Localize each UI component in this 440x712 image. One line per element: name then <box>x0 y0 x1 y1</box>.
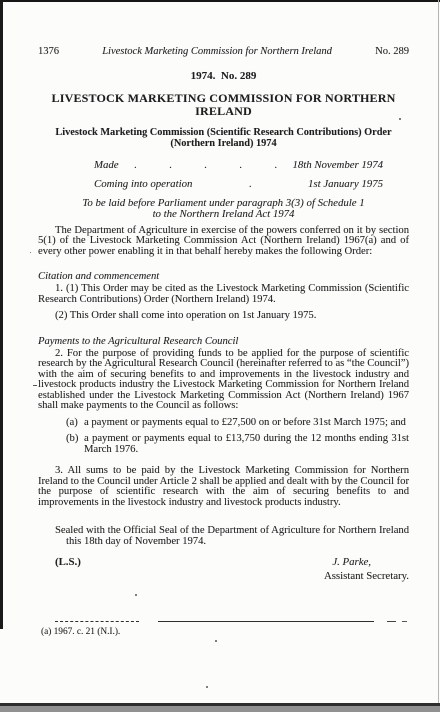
article-2-intro: 2. For the purpose of providing funds to… <box>38 349 409 412</box>
scan-edge-top <box>0 0 440 2</box>
article-2-item-a: (a) a payment or payments equal to £27,5… <box>66 418 409 429</box>
coming-into-operation-row: Coming into operation . 1st January 1975 <box>94 178 383 190</box>
dot-leader: . . . . . <box>134 159 277 171</box>
scan-edge-right <box>438 0 439 712</box>
running-header: 1376 Livestock Marketing Commission for … <box>38 46 409 57</box>
footnote: (a) 1967. c. 21 (N.I.). <box>41 627 409 637</box>
signature-block: (L.S.) J. Parke, Assistant Secretary. <box>38 556 409 582</box>
payments-heading: Payments to the Agricultural Research Co… <box>38 336 409 347</box>
seal-mark: (L.S.) <box>55 556 81 568</box>
footnote-rule <box>55 620 409 622</box>
article-3: 3. All sums to be paid by the Livestock … <box>38 466 409 508</box>
scan-speck <box>206 686 208 688</box>
scan-edge-left <box>0 0 3 629</box>
preamble: The Department of Agriculture in exercis… <box>38 226 409 258</box>
item-b-label: (b) <box>66 434 84 455</box>
made-row: Made . . . . . 18th November 1974 <box>94 159 383 171</box>
page-number: 1376 <box>38 46 59 57</box>
footnote-rule-solid-segment <box>158 621 374 622</box>
document-content: 1376 Livestock Marketing Commission for … <box>38 46 409 637</box>
scan-edge-bottom-shade <box>0 706 440 712</box>
footnote-rule-dashed-segment <box>55 621 139 622</box>
scan-speck <box>30 252 31 253</box>
made-label: Made <box>94 159 119 171</box>
scanned-page: 1376 Livestock Marketing Commission for … <box>0 0 440 712</box>
article-1-2: (2) This Order shall come into operation… <box>38 311 409 322</box>
operation-label: Coming into operation <box>94 178 192 190</box>
footnote-rule-tick <box>402 621 407 622</box>
scan-speck <box>215 640 217 642</box>
footnote-rule-tick <box>387 621 396 622</box>
made-date: 18th November 1974 <box>292 159 383 171</box>
issue-number: No. 289 <box>375 46 409 57</box>
article-2-item-b: (b) a payment or payments equal to £13,7… <box>66 434 409 455</box>
item-a-text: a payment or payments equal to £27,500 o… <box>84 418 409 429</box>
order-title: Livestock Marketing Commission (Scientif… <box>42 127 406 150</box>
signatory-title: Assistant Secretary. <box>324 570 409 582</box>
order-year-number: 1974. No. 289 <box>38 70 409 82</box>
signatory-name: J. Parke, <box>324 556 371 568</box>
dot-leader: . <box>249 178 252 190</box>
scan-speck <box>33 385 37 386</box>
signatory: J. Parke, Assistant Secretary. <box>324 556 409 582</box>
running-title: Livestock Marketing Commission for North… <box>102 46 332 57</box>
commission-title: LIVESTOCK MARKETING COMMISSION FOR NORTH… <box>46 92 402 118</box>
operation-date: 1st January 1975 <box>308 178 383 190</box>
sealing-clause: Sealed with the Official Seal of the Dep… <box>38 526 409 547</box>
laid-before-parliament-clause: To be laid before Parliament under parag… <box>81 198 367 220</box>
citation-heading: Citation and commencement <box>38 271 409 282</box>
item-a-label: (a) <box>66 418 84 429</box>
article-1-1: 1. (1) This Order may be cited as the Li… <box>38 284 409 305</box>
item-b-text: a payment or payments equal to £13,750 d… <box>84 434 409 455</box>
